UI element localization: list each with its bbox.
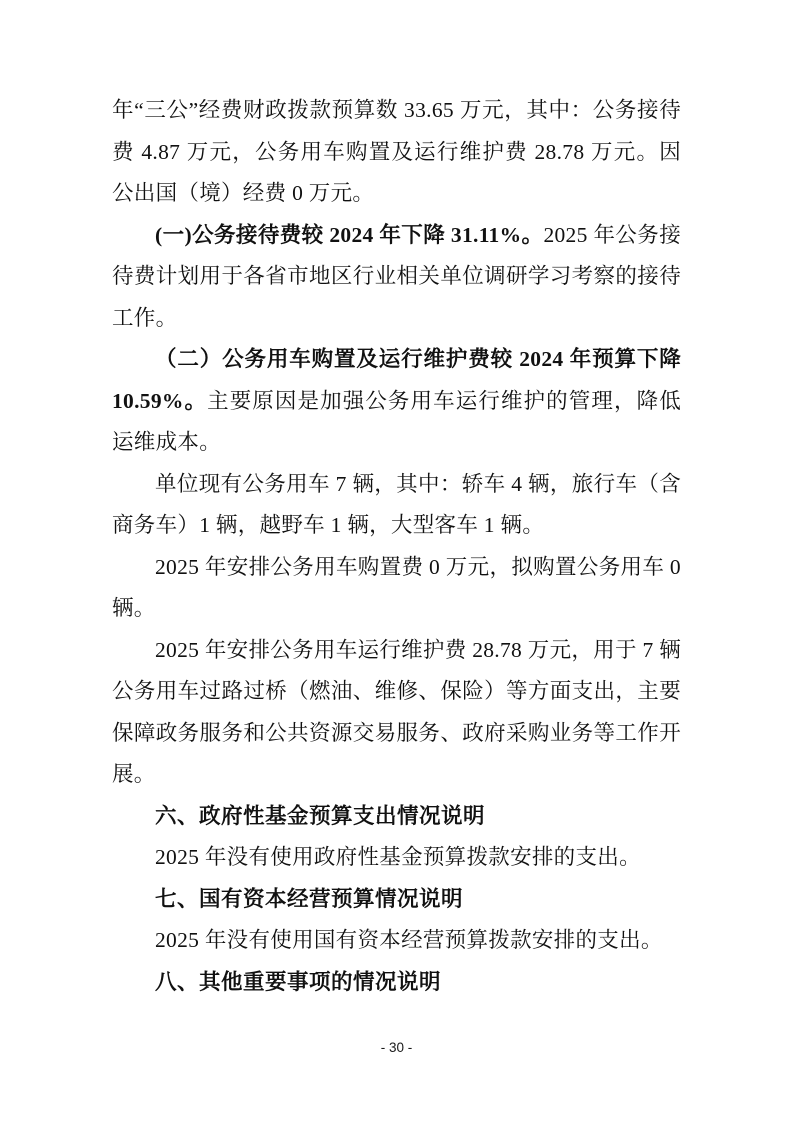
document-page: 年“三公”经费财政拨款预算数 33.65 万元，其中：公务接待费 4.87 万元… (0, 0, 793, 1122)
paragraph: 年“三公”经费财政拨款预算数 33.65 万元，其中：公务接待费 4.87 万元… (112, 90, 681, 215)
text-segment: 2025 年安排公务用车运行维护费 28.78 万元，用于 7 辆公务用车过路过… (112, 638, 681, 787)
text-segment: 2025 年没有使用政府性基金预算拨款安排的支出。 (155, 845, 641, 869)
page-number: - 30 - (381, 1040, 413, 1055)
paragraph: 2025 年安排公务用车购置费 0 万元，拟购置公务用车 0 辆。 (112, 547, 681, 630)
section-heading: 八、其他重要事项的情况说明 (112, 962, 681, 1004)
paragraph: 2025 年安排公务用车运行维护费 28.78 万元，用于 7 辆公务用车过路过… (112, 630, 681, 796)
section-heading: 七、国有资本经营预算情况说明 (112, 879, 681, 921)
section-heading: 六、政府性基金预算支出情况说明 (112, 796, 681, 838)
paragraph: 2025 年没有使用国有资本经营预算拨款安排的支出。 (112, 920, 681, 962)
paragraph: 2025 年没有使用政府性基金预算拨款安排的支出。 (112, 837, 681, 879)
text-segment: 年“三公”经费财政拨款预算数 33.65 万元，其中：公务接待费 4.87 万元… (112, 98, 681, 205)
text-segment: 单位现有公务用车 7 辆，其中：轿车 4 辆，旅行车（含商务车）1 辆，越野车 … (112, 472, 681, 538)
text-segment: (一)公务接待费较 2024 年下降 31.11%。 (155, 223, 543, 247)
paragraph: (一)公务接待费较 2024 年下降 31.11%。2025 年公务接待费计划用… (112, 215, 681, 340)
paragraph: （二）公务用车购置及运行维护费较 2024 年预算下降 10.59%。主要原因是… (112, 339, 681, 464)
text-segment: 七、国有资本经营预算情况说明 (155, 887, 463, 911)
text-segment: 八、其他重要事项的情况说明 (155, 970, 441, 994)
text-segment: 六、政府性基金预算支出情况说明 (155, 804, 485, 828)
text-segment: 2025 年没有使用国有资本经营预算拨款安排的支出。 (155, 928, 663, 952)
text-segment: 2025 年安排公务用车购置费 0 万元，拟购置公务用车 0 辆。 (112, 555, 681, 621)
paragraph: 单位现有公务用车 7 辆，其中：轿车 4 辆，旅行车（含商务车）1 辆，越野车 … (112, 464, 681, 547)
page-footer: - 30 - (0, 1040, 793, 1055)
document-body: 年“三公”经费财政拨款预算数 33.65 万元，其中：公务接待费 4.87 万元… (112, 90, 681, 1003)
